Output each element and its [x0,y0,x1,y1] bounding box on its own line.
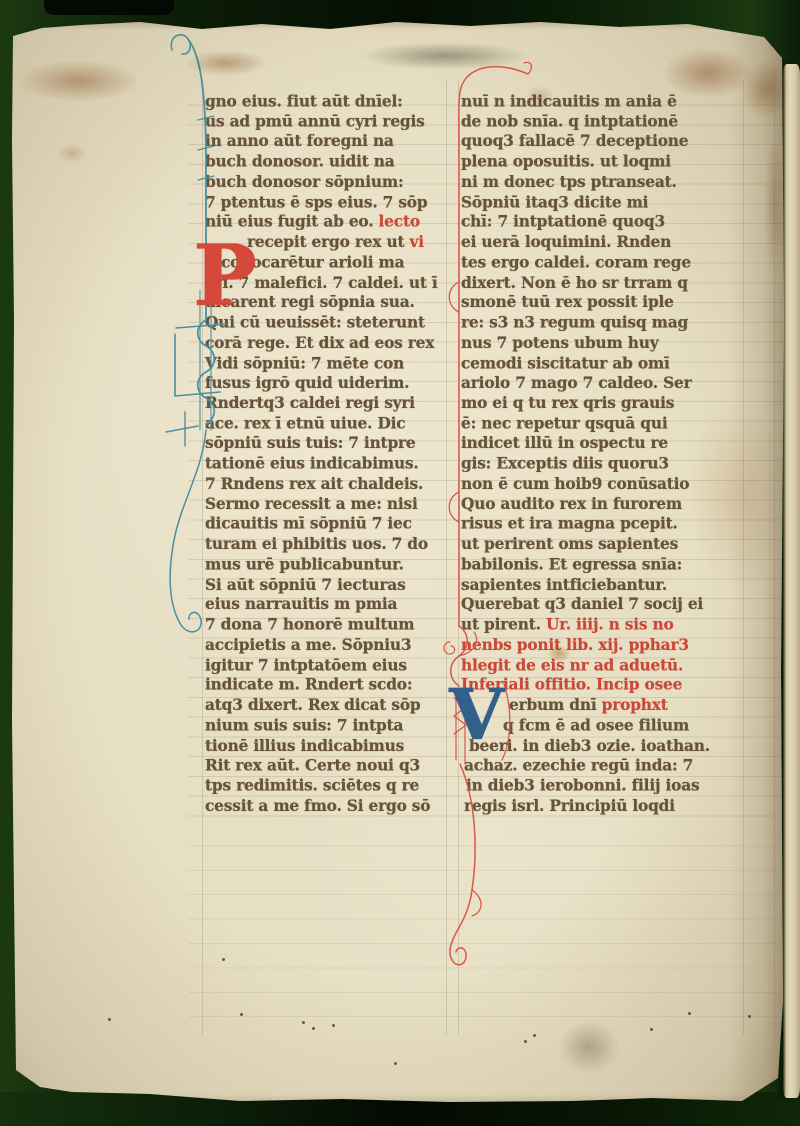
body-text: mo ei q tu rex qris grauis [461,394,674,412]
speck [524,1040,527,1043]
text-line: de nob snīa. q intptationē [461,112,749,132]
body-text: Sermo recessit a me: nisi [205,495,418,513]
body-text: non ē cum hoib9 conūsatio [461,474,689,492]
body-text: smonē tuū rex possit iple [461,293,674,311]
text-line: q fcm ē ad osee filium [461,716,749,736]
body-text: nium suis suis: 7 intpta [205,716,403,734]
text-line: atq3 dixert. Rex dicat sōp [205,696,453,716]
body-text: chī: 7 intptationē quoq3 [461,213,665,231]
manuscript-photo: P V gno eius. fiut aūt dnīel:us ad pmū a… [0,0,800,1126]
text-line: tationē eius indicabimus. [205,454,453,474]
text-line: nenbs ponit lib. xij. pphar3 [461,635,749,655]
body-text: recepit ergo rex ut [247,233,410,251]
text-line: nuī n indicauitis m ania ē [461,92,749,112]
speck [222,958,225,961]
body-text: mus urē publicabuntur. [205,555,404,573]
body-text: atq3 dixert. Rex dicat sōp [205,696,420,714]
text-line: ei uerā loquimini. Rnden [461,233,749,253]
text-line: ace. rex ī etnū uiue. Dic [205,414,453,434]
text-line: risus et ira magna pcepit. [461,515,749,535]
speck [650,1028,653,1031]
body-text: beeri. in dieb3 ozie. ioathan. [469,736,710,754]
text-column-left: gno eius. fiut aūt dnīel:us ad pmū annū … [205,92,453,817]
body-text: eius narrauitis m pmia [205,595,397,613]
text-line: tionē illius indicabimus [205,736,453,756]
body-text: tes ergo caldei. coram rege [461,253,691,271]
body-text: Querebat q3 daniel 7 socij ei [461,595,703,613]
body-text: fusus igrō quid uiderim. [205,374,409,392]
body-text: achaz. ezechie regū inda: 7 [464,756,693,774]
body-text: de nob snīa. q intptationē [461,112,678,130]
text-line: gis: Exceptis diis quoru3 [461,454,749,474]
text-line: cemodi siscitatur ab omī [461,354,749,374]
text-line: regis isrl. Principiū loqdi [461,797,749,817]
text-line: ni m donec tps ptranseat. [461,173,749,193]
text-line: non ē cum hoib9 conūsatio [461,474,749,494]
text-line: ariolo 7 mago 7 caldeo. Ser [461,374,749,394]
text-line: nium suis suis: 7 intpta [205,716,453,736]
rubric-text: Ur. iiij. n sis no [546,615,674,633]
text-line: ut pirent. Ur. iiij. n sis no [461,615,749,635]
body-text: nus 7 potens ubum huy [461,334,659,352]
text-line: Sermo recessit a me: nisi [205,495,453,515]
body-text: in dieb3 ierobonni. filij ioas [466,776,699,794]
body-text: accipietis a me. Sōpniu3 [205,635,411,653]
body-text: risus et ira magna pcepit. [461,515,678,533]
initial-p: P [193,234,256,318]
text-line: Rndertq3 caldei regi syri [205,394,453,414]
body-text: igitur 7 intptatōem eius [205,656,407,674]
rubric-text: vi [410,233,424,251]
body-text: gno eius. fiut aūt dnīel: [205,92,403,110]
body-text: us ad pmū annū cyri regis [205,112,425,130]
speck [688,1012,691,1015]
text-column-right: nuī n indicauitis m ania ēde nob snīa. q… [461,92,749,817]
text-line: cessit a me fmo. Si ergo sō [205,797,453,817]
text-line: Inferiali offitio. Incip osee [461,676,749,696]
body-text: buch donosor sōpnium: [205,173,403,191]
text-line: accipietis a me. Sōpniu3 [205,635,453,655]
speck [533,1034,536,1037]
text-line: hlegit de eis nr ad aduetū. [461,656,749,676]
body-text: 7 Rndens rex ait chaldeis. [205,474,423,492]
body-text: tationē eius indicabimus. [205,454,419,472]
text-line: Quo audito rex in furorem [461,495,749,515]
text-line: dixert. Non ē ho sr trram q [461,273,749,293]
body-text: quoq3 fallacē 7 deceptione [461,132,688,150]
body-text: ē: nec repetur qsquā qui [461,414,667,432]
rubric-text: prophxt [602,696,668,714]
body-text: q fcm ē ad osee filium [503,716,689,734]
speck [748,1015,751,1018]
text-line: quoq3 fallacē 7 deceptione [461,132,749,152]
body-text: Sōpniū itaq3 dicite mi [461,193,648,211]
text-line: sōpniū suis tuis: 7 intpre [205,434,453,454]
speck [108,1018,111,1021]
body-text: nuī n indicauitis m ania ē [461,92,677,110]
text-line: indicate m. Rndert scdo: [205,676,453,696]
text-line: eius narrauitis m pmia [205,595,453,615]
body-text: babilonis. Et egressa snīa: [461,555,682,573]
body-text: 7 ptentus ē sps eius. 7 sōp [205,193,427,211]
body-text: cessit a me fmo. Si ergo sō [205,797,430,815]
text-line: 7 dona 7 honorē multum [205,615,453,635]
body-text: Si aūt sōpniū 7 iecturas [205,575,406,593]
background-notch [44,0,174,15]
body-text: ut perirent oms sapientes [461,535,678,553]
text-line: sapientes intficiebantur. [461,575,749,595]
speck [240,1013,243,1016]
text-line: mus urē publicabuntur. [205,555,453,575]
text-line: erbum dnī prophxt [461,696,749,716]
rubric-text: nenbs ponit lib. xij. pphar3 [461,635,689,653]
body-text: Vidi sōpniū: 7 mēte con [205,354,404,372]
body-text: Rit rex aūt. Certe noui q3 [205,756,420,774]
body-text: corā rege. Et dix ad eos rex [205,334,434,352]
text-line: Rit rex aūt. Certe noui q3 [205,756,453,776]
body-text: turam ei phibitis uos. 7 do [205,535,428,553]
body-text: regis isrl. Principiū loqdi [464,797,675,815]
body-text: ariolo 7 mago 7 caldeo. Ser [461,374,692,392]
text-line: chī: 7 intptationē quoq3 [461,213,749,233]
text-line: Sōpniū itaq3 dicite mi [461,193,749,213]
initial-v: V [449,680,503,750]
text-line: buch donosor. uidit na [205,152,453,172]
body-text: dixert. Non ē ho sr trram q [461,273,688,291]
body-text: ace. rex ī etnū uiue. Dic [205,414,405,432]
body-text: tionē illius indicabimus [205,736,404,754]
body-text: gis: Exceptis diis quoru3 [461,454,669,472]
text-line: corā rege. Et dix ad eos rex [205,334,453,354]
body-text: sapientes intficiebantur. [461,575,667,593]
text-line: buch donosor sōpnium: [205,173,453,193]
text-line: dicauitis mī sōpniū 7 iec [205,515,453,535]
adjacent-page-edge [783,64,800,1098]
text-line: re: s3 n3 regum quisq mag [461,313,749,333]
text-line: indicet illū in ospectu re [461,434,749,454]
body-text: tps redimitis. sciētes q re [205,776,419,794]
text-line: nus 7 potens ubum huy [461,334,749,354]
body-text: Rndertq3 caldei regi syri [205,394,415,412]
text-line: in anno aūt foregni na [205,132,453,152]
text-line: babilonis. Et egressa snīa: [461,555,749,575]
text-line: igitur 7 intptatōem eius [205,656,453,676]
text-line: achaz. ezechie regū inda: 7 [461,756,749,776]
body-text: ut pirent. [461,615,546,633]
text-line: 7 ptentus ē sps eius. 7 sōp [205,193,453,213]
text-line: ē: nec repetur qsquā qui [461,414,749,434]
text-line: mo ei q tu rex qris grauis [461,394,749,414]
body-text: sōpniū suis tuis: 7 intpre [205,434,416,452]
body-text: cemodi siscitatur ab omī [461,354,670,372]
text-line: smonē tuū rex possit iple [461,293,749,313]
speck [312,1027,315,1030]
text-line: plena oposuitis. ut loqmi [461,152,749,172]
body-text: ei uerā loquimini. Rnden [461,233,671,251]
body-text: indicate m. Rndert scdo: [205,676,412,694]
text-line: ut perirent oms sapientes [461,535,749,555]
rubric-text: hlegit de eis nr ad aduetū. [461,656,683,674]
text-line: in dieb3 ierobonni. filij ioas [461,776,749,796]
body-text: plena oposuitis. ut loqmi [461,152,671,170]
text-line: Si aūt sōpniū 7 iecturas [205,575,453,595]
body-text: dicauitis mī sōpniū 7 iec [205,515,412,533]
rubric-text: lecto [379,213,420,231]
text-line: turam ei phibitis uos. 7 do [205,535,453,555]
text-line: fusus igrō quid uiderim. [205,374,453,394]
speck [394,1062,397,1065]
text-line: tps redimitis. sciētes q re [205,776,453,796]
body-text: ni m donec tps ptranseat. [461,173,677,191]
text-line: 7 Rndens rex ait chaldeis. [205,474,453,494]
text-line: Vidi sōpniū: 7 mēte con [205,354,453,374]
body-text: in anno aūt foregni na [205,132,394,150]
text-line: beeri. in dieb3 ozie. ioathan. [461,736,749,756]
text-line: us ad pmū annū cyri regis [205,112,453,132]
body-text: indicet illū in ospectu re [461,434,668,452]
body-text: erbum dnī [509,696,602,714]
body-text: Quo audito rex in furorem [461,495,682,513]
text-line: tes ergo caldei. coram rege [461,253,749,273]
body-text: 7 dona 7 honorē multum [205,615,414,633]
speck [302,1021,305,1024]
speck [332,1024,335,1027]
body-text: buch donosor. uidit na [205,152,395,170]
body-text: re: s3 n3 regum quisq mag [461,313,688,331]
text-line: gno eius. fiut aūt dnīel: [205,92,453,112]
text-line: Querebat q3 daniel 7 socij ei [461,595,749,615]
